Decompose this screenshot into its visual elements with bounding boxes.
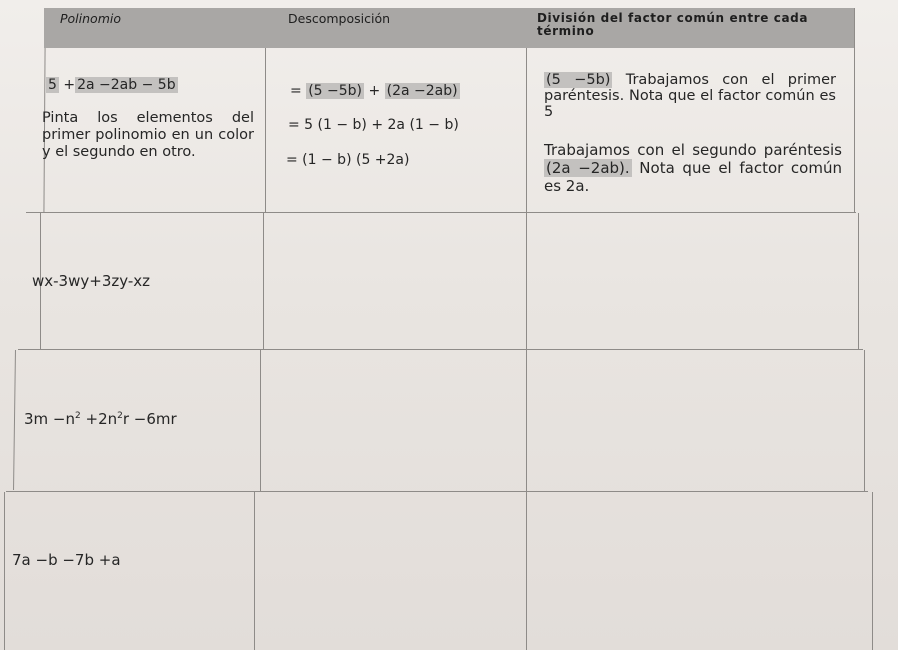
- grid-line: [864, 350, 865, 492]
- exercise-2-descomposicion-cell[interactable]: [262, 351, 524, 490]
- decomposition-step-1: = (5 −5b) + (2a −2ab): [290, 83, 460, 100]
- grid-line: [26, 212, 856, 213]
- decomposition-step-2: = 5 (1 − b) + 2a (1 − b): [288, 117, 459, 134]
- exercise-polynomial-3: 7a −b −7b +a: [12, 552, 121, 569]
- exercise-polynomial-1: wx-3wy+3zy-xz: [32, 273, 150, 290]
- group-highlight-2: (2a −2ab): [385, 83, 460, 99]
- group-highlight-3: (5 −5b): [544, 72, 612, 88]
- group-highlight-1: (5 −5b): [306, 83, 364, 99]
- table-header: Polinomio Descomposición División del fa…: [44, 8, 854, 48]
- header-polinomio: Polinomio: [60, 12, 121, 25]
- worksheet-photo: Polinomio Descomposición División del fa…: [0, 0, 898, 650]
- grid-line: [854, 8, 855, 213]
- grid-line: [254, 492, 255, 650]
- division-paragraph-2: Trabajamos con el segundo paréntesis (2a…: [544, 141, 842, 195]
- term-group-2: 2a −2ab − 5b: [75, 77, 177, 93]
- exercise-1-division-cell[interactable]: [528, 214, 856, 348]
- header-descomposicion: Descomposición: [288, 12, 390, 25]
- grid-line: [260, 350, 261, 492]
- grid-line: [13, 350, 16, 490]
- exercise-3-descomposicion-cell[interactable]: [256, 493, 524, 650]
- grid-line: [6, 491, 868, 492]
- group-highlight-4: (2a −2ab).: [544, 159, 632, 177]
- example-polynomial: 5 +2a −2ab − 5b: [46, 77, 178, 94]
- exercise-3-division-cell[interactable]: [528, 493, 870, 650]
- exercise-2-division-cell[interactable]: [528, 351, 862, 490]
- exercise-1-descomposicion-cell[interactable]: [266, 214, 525, 348]
- header-division: División del factor común entre cada tér…: [537, 12, 837, 38]
- division-paragraph-1: (5 −5b) Trabajamos con el primer parénte…: [544, 72, 836, 120]
- exercise-polynomial-2: 3m −n2 +2n2r −6mr: [24, 411, 177, 428]
- grid-line: [872, 492, 873, 650]
- grid-line: [4, 492, 5, 650]
- grid-line: [265, 48, 266, 213]
- grid-line: [263, 213, 264, 350]
- decomposition-step-3: = (1 − b) (5 +2a): [286, 152, 409, 169]
- grid-line: [858, 213, 859, 350]
- term-group-1: 5: [46, 77, 59, 93]
- grid-line: [18, 349, 863, 350]
- example-instruction: Pinta los elementos del primer polinomio…: [42, 110, 254, 161]
